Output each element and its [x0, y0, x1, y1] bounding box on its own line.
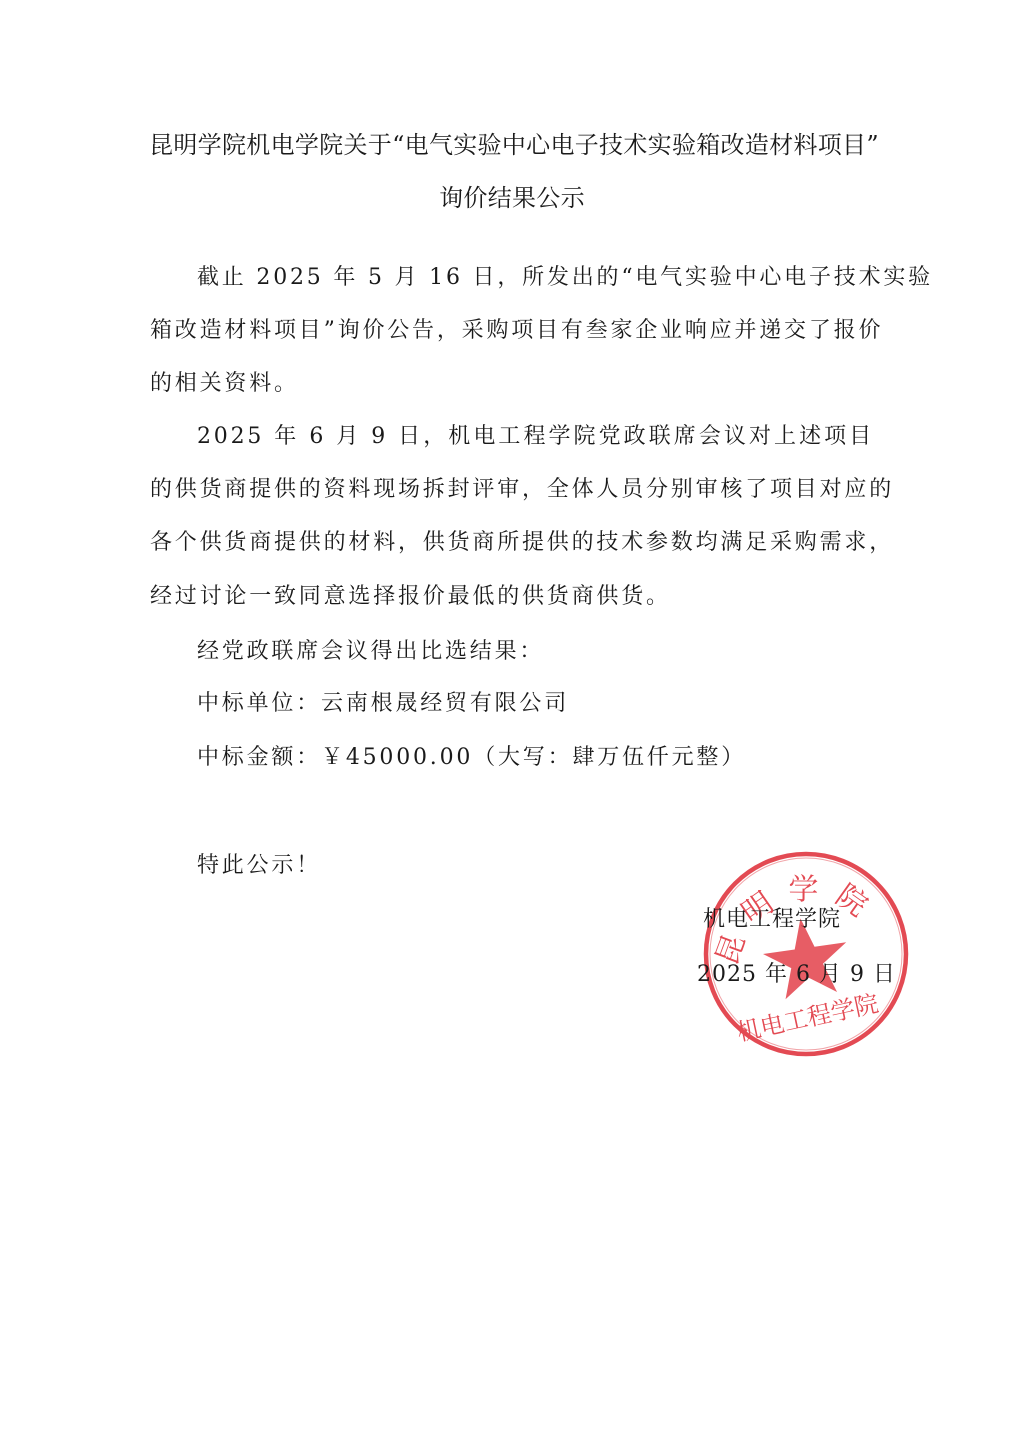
paragraph-1-line-2: 箱改造材料项目”询价公告，采购项目有叁家企业响应并递交了报价	[150, 316, 874, 346]
paragraph-1-line-3: 的相关资料。	[150, 369, 874, 399]
winning-amount-label: 中标金额：	[197, 745, 321, 770]
document-title-line-2: 询价结果公示	[0, 183, 1024, 213]
winning-unit-value: 云南根晟经贸有限公司	[321, 691, 569, 716]
paragraph-1-line-1: 截止 2025 年 5 月 16 日，所发出的“电气实验中心电子技术实验	[197, 263, 874, 293]
winning-amount: 中标金额：￥45000.00（大写：肆万伍仟元整）	[197, 743, 874, 773]
official-seal-stamp-icon: 昆明学院 机电工程学院	[700, 848, 912, 1060]
result-intro: 经党政联席会议得出比选结果：	[197, 637, 874, 667]
paragraph-2-line-4: 经过讨论一致同意选择报价最低的供货商供货。	[150, 582, 874, 612]
winning-amount-value: ￥45000.00（大写：肆万伍仟元整）	[321, 745, 746, 770]
document-page: 昆明学院机电学院关于“电气实验中心电子技术实验箱改造材料项目” 询价结果公示 截…	[0, 0, 1024, 1448]
document-title-line-1: 昆明学院机电学院关于“电气实验中心电子技术实验箱改造材料项目”	[2, 130, 1024, 160]
paragraph-2-line-2: 的供货商提供的资料现场拆封评审，全体人员分别审核了项目对应的	[150, 475, 874, 505]
signature-organization: 机电工程学院	[703, 905, 841, 935]
signature-date: 2025 年 6 月 9 日	[697, 960, 896, 990]
paragraph-2-line-1: 2025 年 6 月 9 日，机电工程学院党政联席会议对上述项目	[197, 422, 874, 452]
winning-unit: 中标单位：云南根晟经贸有限公司	[197, 689, 874, 719]
winning-unit-label: 中标单位：	[197, 691, 321, 716]
paragraph-2-line-3: 各个供货商提供的材料，供货商所提供的技术参数均满足采购需求，	[150, 528, 874, 558]
